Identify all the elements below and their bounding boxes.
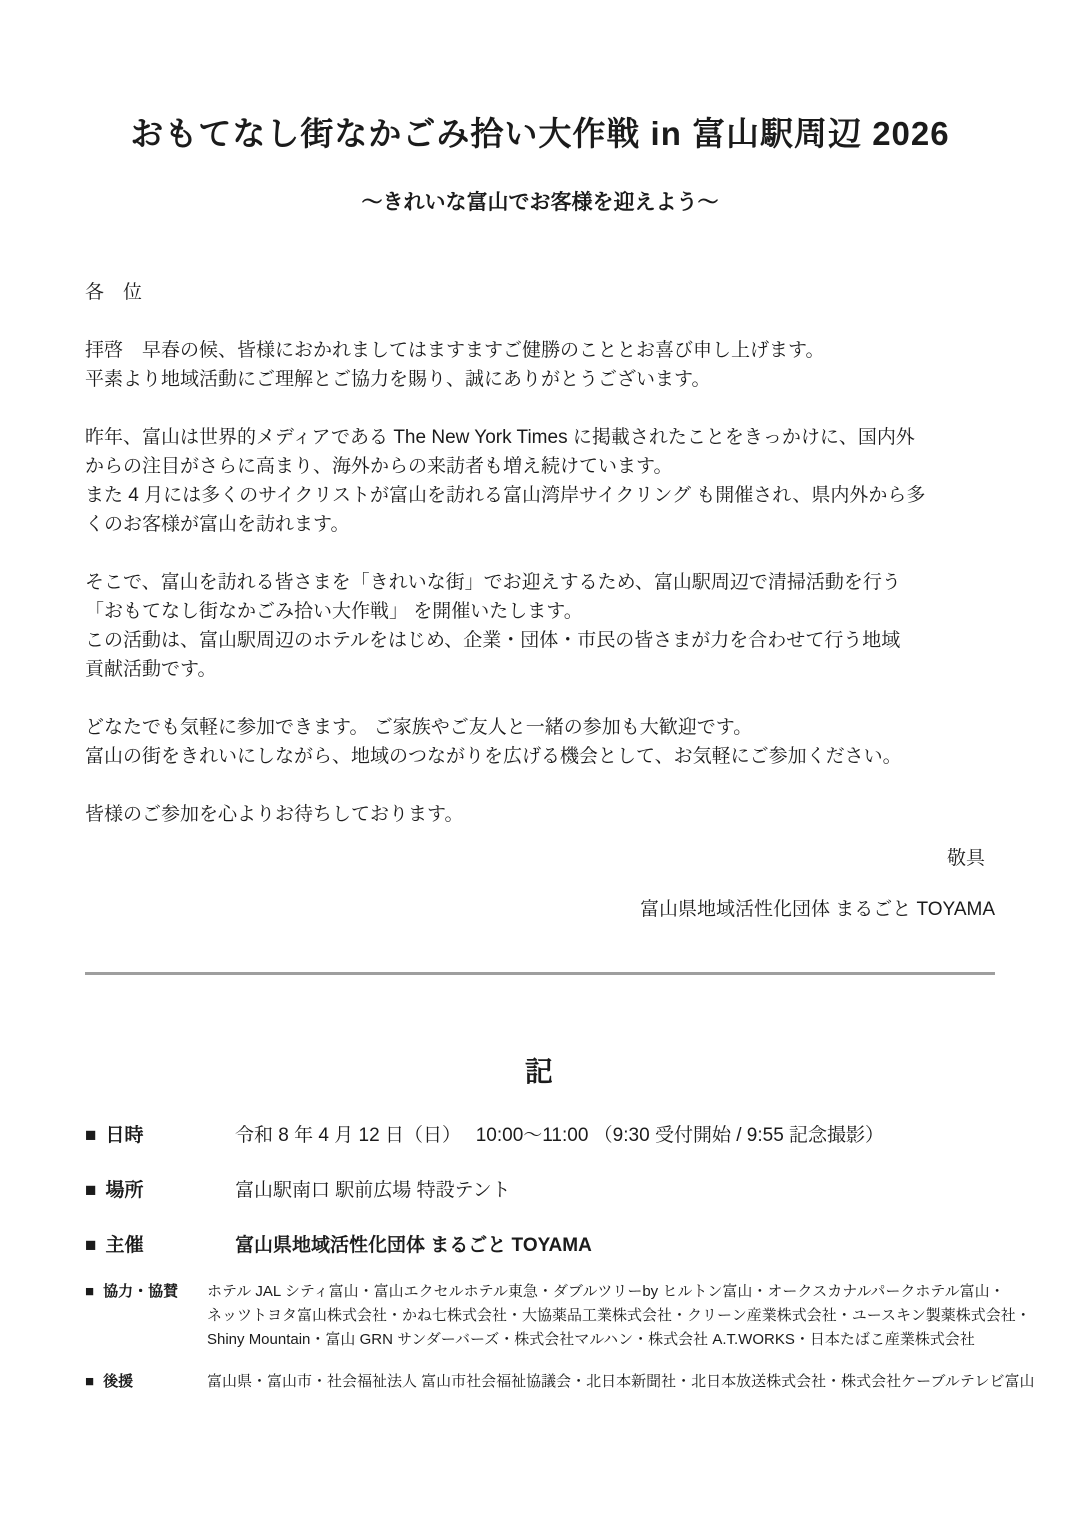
square-bullet-icon: ■ bbox=[85, 1280, 94, 1304]
detail-value: 富山駅南口 駅前広場 特設テント bbox=[235, 1180, 995, 1202]
paragraph-invitation: どなたでも気軽に参加できます。 ご家族やご友人と一緒の参加も大歓迎です。 富山の… bbox=[85, 713, 995, 771]
paragraph-line: どなたでも気軽に参加できます。 ご家族やご友人と一緒の参加も大歓迎です。 bbox=[85, 713, 995, 742]
paragraph-line: この活動は、富山駅周辺のホテルをはじめ、企業・団体・市民の皆さまが力を合わせて行… bbox=[85, 626, 995, 655]
detail-label-text: 場所 bbox=[105, 1180, 143, 1201]
detail-label: ■後援 bbox=[85, 1370, 207, 1394]
record-heading: 記 bbox=[85, 1057, 995, 1087]
paragraph-line: 「おもてなし街なかごみ拾い大作戦」 を開催いたします。 bbox=[85, 597, 995, 626]
paragraph-line: 拝啓 早春の候、皆様におかれましてはますますご健勝のこととお喜び申し上げます。 bbox=[85, 336, 995, 365]
paragraph-line: 皆様のご参加を心よりお待ちしております。 bbox=[85, 800, 995, 829]
paragraph-announcement: そこで、富山を訪れる皆さまを「きれいな街」でお迎えするため、富山駅周辺で清掃活動… bbox=[85, 568, 995, 684]
paragraph-line: からの注目がさらに高まり、海外からの来訪者も増え続けています。 bbox=[85, 452, 995, 481]
square-bullet-icon: ■ bbox=[85, 1125, 96, 1147]
document-page: おもてなし街なかごみ拾い大作戦 in 富山駅周辺 2026 ～きれいな富山でお客… bbox=[0, 0, 1080, 1535]
detail-label-text: 日時 bbox=[105, 1125, 143, 1146]
paragraph-line: そこで、富山を訪れる皆さまを「きれいな街」でお迎えするため、富山駅周辺で清掃活動… bbox=[85, 568, 995, 597]
detail-label: ■場所 bbox=[85, 1180, 235, 1202]
detail-value: 令和 8 年 4 月 12 日（日） 10:00～11:00 （9:30 受付開… bbox=[235, 1125, 995, 1147]
paragraph-line: くのお客様が富山を訪れます。 bbox=[85, 510, 995, 539]
detail-row-location: ■場所 富山駅南口 駅前広場 特設テント bbox=[85, 1180, 995, 1202]
paragraph-background: 昨年、富山は世界的メディアである The New York Times に掲載さ… bbox=[85, 423, 995, 539]
detail-label: ■協力・協賛 bbox=[85, 1280, 207, 1304]
paragraph-line: 昨年、富山は世界的メディアである The New York Times に掲載さ… bbox=[85, 423, 995, 452]
event-details: ■日時 令和 8 年 4 月 12 日（日） 10:00～11:00 （9:30… bbox=[85, 1125, 995, 1394]
detail-value: 富山県・富山市・社会福祉法人 富山市社会福祉協議会・北日本新聞社・北日本放送株式… bbox=[207, 1370, 1035, 1394]
sponsor-line: Shiny Mountain・富山 GRN サンダーバーズ・株式会社マルハン・株… bbox=[207, 1328, 1031, 1352]
paragraph-line: 平素より地域活動にご理解とご協力を賜り、誠にありがとうございます。 bbox=[85, 365, 995, 394]
detail-row-supporters: ■後援 富山県・富山市・社会福祉法人 富山市社会福祉協議会・北日本新聞社・北日本… bbox=[85, 1370, 995, 1394]
letter-content: おもてなし街なかごみ拾い大作戦 in 富山駅周辺 2026 ～きれいな富山でお客… bbox=[0, 112, 1080, 1394]
page-subtitle: ～きれいな富山でお客様を迎えよう～ bbox=[85, 189, 995, 216]
detail-row-sponsors: ■協力・協賛 ホテル JAL シティ富山・富山エクセルホテル東急・ダブルツリーb… bbox=[85, 1280, 995, 1352]
detail-label-text: 主催 bbox=[105, 1235, 143, 1256]
square-bullet-icon: ■ bbox=[85, 1235, 96, 1257]
salutation: 各 位 bbox=[85, 278, 995, 307]
square-bullet-icon: ■ bbox=[85, 1370, 94, 1394]
detail-row-organizer: ■主催 富山県地域活性化団体 まるごと TOYAMA bbox=[85, 1235, 995, 1257]
detail-value: ホテル JAL シティ富山・富山エクセルホテル東急・ダブルツリーby ヒルトン富… bbox=[207, 1280, 1031, 1352]
closing-keigu: 敬具 bbox=[85, 844, 995, 873]
square-bullet-icon: ■ bbox=[85, 1180, 96, 1202]
sponsor-line: ネッツトヨタ富山株式会社・かね七株式会社・大協薬品工業株式会社・クリーン産業株式… bbox=[207, 1304, 1031, 1328]
signature-organization: 富山県地域活性化団体 まるごと TOYAMA bbox=[85, 895, 995, 924]
paragraph-line: 富山の街をきれいにしながら、地域のつながりを広げる機会として、お気軽にご参加くだ… bbox=[85, 742, 995, 771]
detail-label-text: 協力・協賛 bbox=[103, 1283, 178, 1300]
paragraph-greeting: 拝啓 早春の候、皆様におかれましてはますますご健勝のこととお喜び申し上げます。 … bbox=[85, 336, 995, 394]
detail-value: 富山県地域活性化団体 まるごと TOYAMA bbox=[235, 1235, 995, 1257]
detail-label: ■日時 bbox=[85, 1125, 235, 1147]
horizontal-divider bbox=[85, 972, 995, 975]
sponsor-line: ホテル JAL シティ富山・富山エクセルホテル東急・ダブルツリーby ヒルトン富… bbox=[207, 1280, 1031, 1304]
paragraph-line: また 4 月には多くのサイクリストが富山を訪れる富山湾岸サイクリング も開催され… bbox=[85, 481, 995, 510]
paragraph-line: 貢献活動です。 bbox=[85, 655, 995, 684]
page-title: おもてなし街なかごみ拾い大作戦 in 富山駅周辺 2026 bbox=[85, 112, 995, 155]
detail-row-datetime: ■日時 令和 8 年 4 月 12 日（日） 10:00～11:00 （9:30… bbox=[85, 1125, 995, 1147]
detail-label: ■主催 bbox=[85, 1235, 235, 1257]
paragraph-awaiting: 皆様のご参加を心よりお待ちしております。 bbox=[85, 800, 995, 829]
detail-label-text: 後援 bbox=[103, 1373, 133, 1390]
